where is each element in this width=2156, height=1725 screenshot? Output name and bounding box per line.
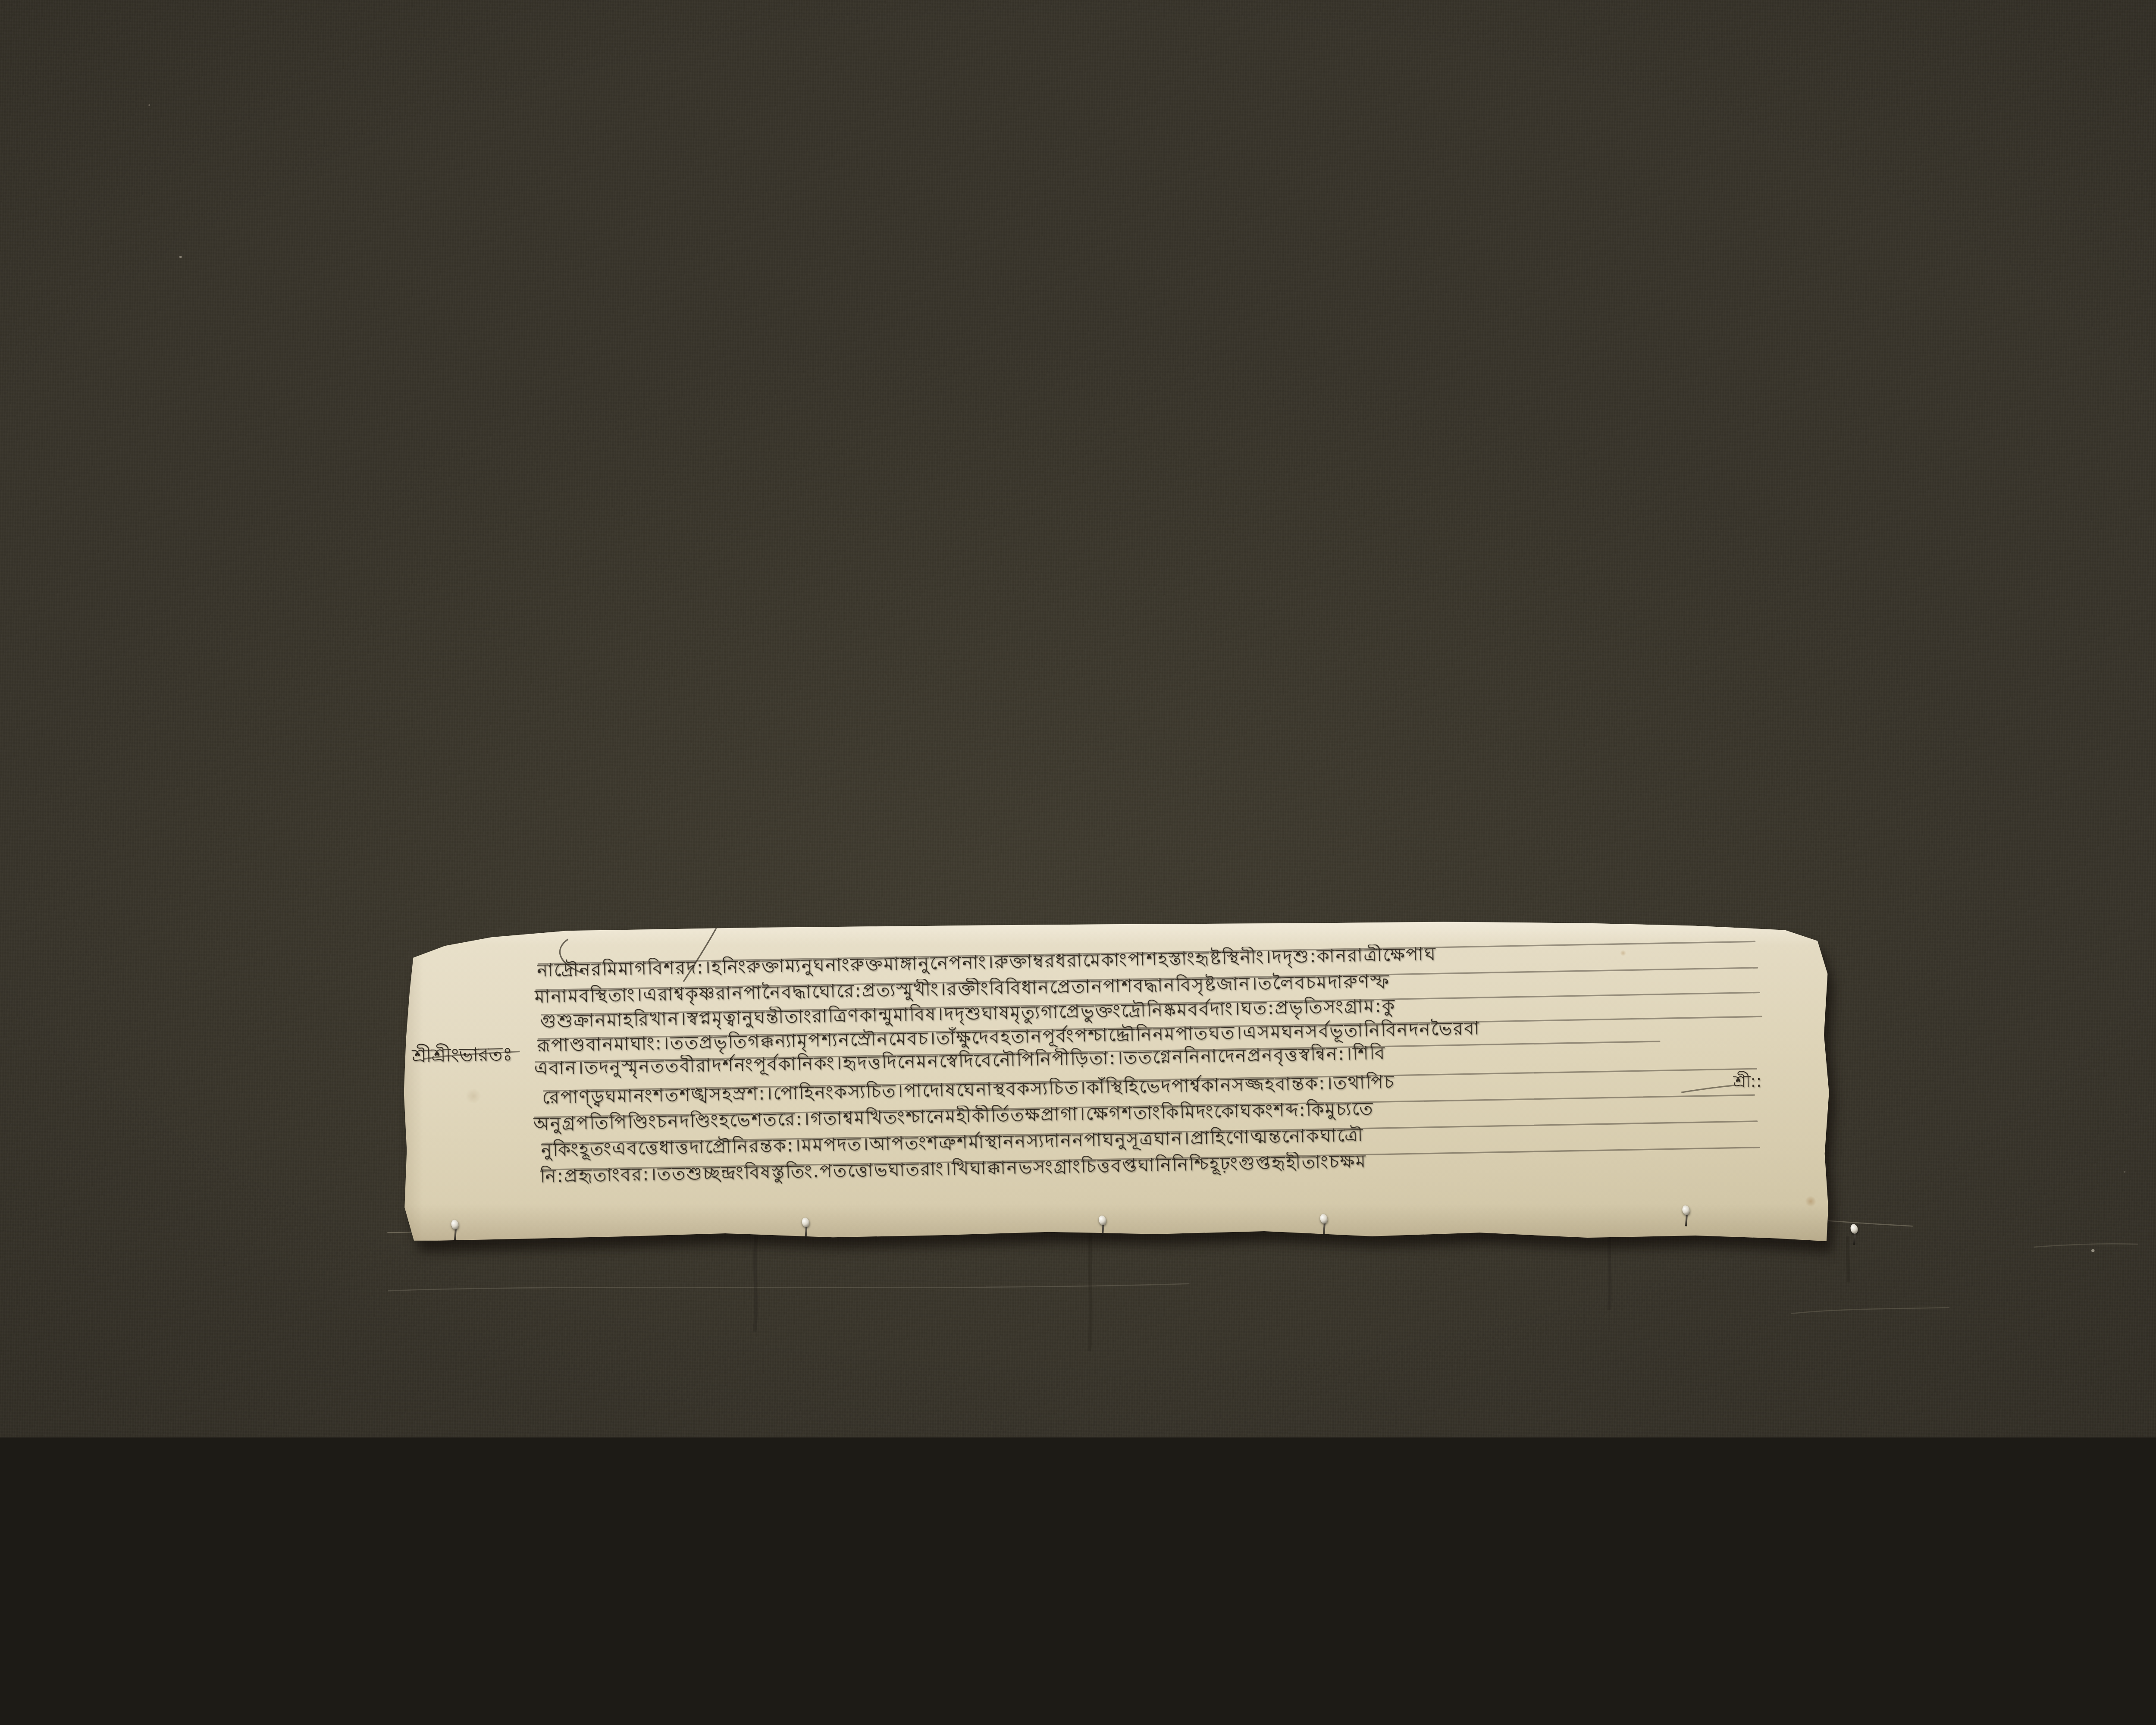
thread-line bbox=[1791, 1308, 1949, 1314]
push-pin bbox=[451, 1220, 460, 1245]
cloth-crease bbox=[1848, 1236, 1849, 1283]
pin-head bbox=[1098, 1215, 1107, 1226]
thread-line bbox=[388, 1284, 1189, 1291]
pin-head bbox=[801, 1217, 811, 1228]
pin-head bbox=[1319, 1213, 1329, 1224]
margin-label-left: শ্রীশ্রীংভারতঃ bbox=[412, 1039, 513, 1073]
manuscript-paper: নাদ্রৌনরমিমাগবিশরদ:।হনিংরুক্তাম্যনুঘনাংর… bbox=[402, 920, 1832, 1243]
margin-label-right: শ্রী:: bbox=[1733, 1069, 1762, 1097]
dust-speck bbox=[2124, 1171, 2125, 1173]
photograph: নাদ্রৌনরমিমাগবিশরদ:।হনিংরুক্তাম্যনুঘনাংর… bbox=[0, 0, 2156, 1437]
pin-head bbox=[1849, 1223, 1859, 1235]
dust-speck bbox=[148, 104, 150, 106]
dust-speck bbox=[2091, 1249, 2095, 1252]
push-pin bbox=[1683, 1205, 1691, 1231]
push-pin bbox=[802, 1217, 811, 1243]
push-pin bbox=[1320, 1214, 1329, 1240]
handwriting-block: নাদ্রৌনরমিমাগবিশরদ:।হনিংরুক্তাম্যনুঘনাংর… bbox=[399, 894, 1835, 1244]
push-pin bbox=[1851, 1224, 1859, 1250]
scratch-line bbox=[1828, 1221, 1913, 1226]
pin-head bbox=[1681, 1204, 1691, 1216]
thread-line bbox=[2034, 1244, 2138, 1247]
dust-speck bbox=[179, 256, 182, 258]
push-pin bbox=[1099, 1215, 1107, 1241]
pin-head bbox=[450, 1219, 460, 1230]
